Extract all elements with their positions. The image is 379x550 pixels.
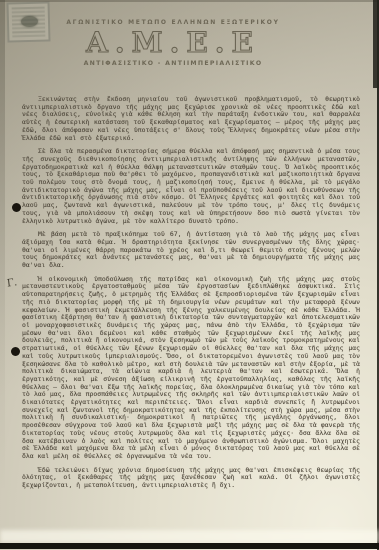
letterhead: ΑΓΩΝΙΣΤΙΚΟ ΜΕΤΩΠΟ ΕΛΛΗΝΩΝ ΕΞΩΤΕΡΙΚΟΥ Α.Μ… — [0, 19, 346, 67]
organization-acronym: Α.Μ.Ε.Ε — [0, 28, 346, 58]
scan-edge-left — [0, 0, 5, 550]
scan-edge-bottom-highlight — [0, 530, 379, 543]
paragraph: Σὲ ὅλα τὰ περασμένα δικτατορίας σήμερα θ… — [22, 148, 360, 225]
paragraph: Ἡ οἰκονομικὴ ὑποδούλωση τῆς πατρίδας καὶ… — [22, 276, 360, 461]
scan-edge-bottom — [0, 543, 379, 549]
organization-name: ΑΓΩΝΙΣΤΙΚΟ ΜΕΤΩΠΟ ΕΛΛΗΝΩΝ ΕΞΩΤΕΡΙΚΟΥ — [0, 19, 346, 26]
paragraph: Μὲ βάση μετὰ τὸ πραξικόπημα τοῦ 67, ἡ ἀν… — [22, 231, 360, 270]
margin-dot-mark-1 — [12, 203, 21, 212]
paragraph: Ξεκινώντας στὴν ἔκδοση μηνιαίου τοῦ ἀγων… — [22, 96, 360, 142]
scan-edge-right-top — [373, 0, 379, 88]
scan-edge-top — [0, 0, 379, 2]
margin-handwritten-note: Γ. — [6, 277, 17, 289]
margin-dot-mark-2 — [11, 347, 20, 356]
scanned-document-page: ΑΓΩΝΙΣΤΙΚΟ ΜΕΤΩΠΟ ΕΛΛΗΝΩΝ ΕΞΩΤΕΡΙΚΟΥ Α.Μ… — [0, 0, 379, 550]
paragraph: Ἐδῶ τελειώνει δίχως χρόνια δημοσίευση τῆ… — [22, 467, 360, 490]
letterhead-subtitle: ΑΝΤΙΦΑΣΙΣΤΙΚΟ - ΑΝΤΙΙΜΠΕΡΙΑΛΙΣΤΙΚΟ — [0, 60, 346, 67]
document-body: Ξεκινώντας στὴν ἔκδοση μηνιαίου τοῦ ἀγων… — [22, 96, 360, 496]
